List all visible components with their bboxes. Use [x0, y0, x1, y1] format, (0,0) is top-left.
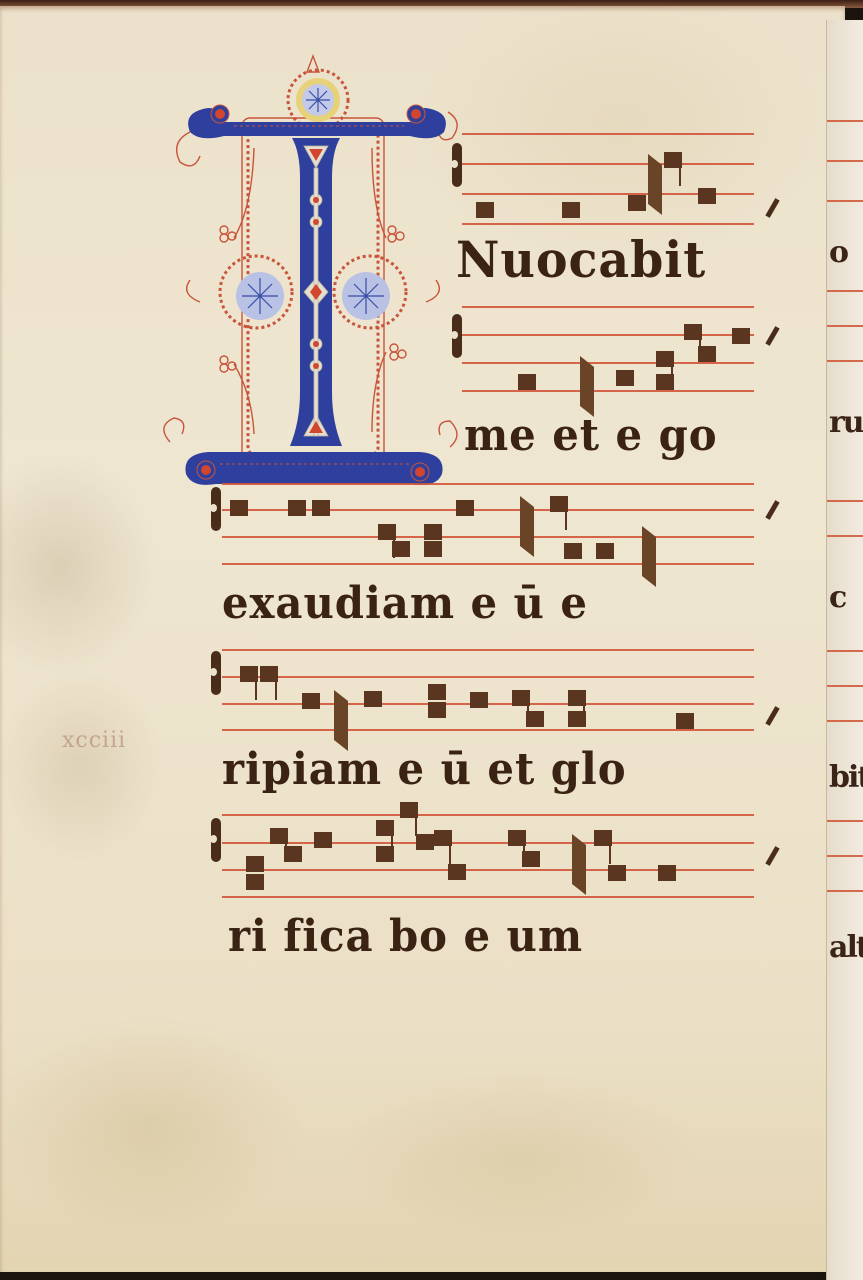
adjacent-page-text: bit [829, 760, 863, 795]
c-clef-icon [211, 651, 221, 695]
neume [392, 541, 410, 557]
ligature-neume [334, 690, 348, 751]
neume [376, 820, 394, 836]
neume [364, 691, 382, 707]
custos-icon [765, 846, 779, 866]
neume [416, 834, 434, 850]
neume [378, 524, 396, 540]
neume [656, 351, 674, 367]
neume [470, 692, 488, 708]
custos-icon [765, 500, 779, 520]
adjacent-page-text: c [829, 580, 845, 615]
ligature-neume [642, 526, 656, 587]
neume [550, 496, 568, 512]
custos-icon [765, 326, 779, 346]
ligature-neume [572, 834, 586, 895]
neume [698, 346, 716, 362]
manuscript-page: Nuocabit me et e go [0, 6, 845, 1272]
neume [260, 666, 278, 682]
neume [568, 690, 586, 706]
neume [246, 874, 264, 890]
adjacent-page-text: o [829, 235, 847, 270]
illuminated-initial-i-icon [160, 52, 466, 490]
neume [594, 830, 612, 846]
neume [270, 828, 288, 844]
lyric-line-1: Nuocabit [456, 230, 706, 289]
neume [314, 832, 332, 848]
neume [448, 864, 466, 880]
neume [684, 324, 702, 340]
neume [428, 702, 446, 718]
neume [424, 541, 442, 557]
neume [400, 802, 418, 818]
neume [522, 851, 540, 867]
c-clef-icon [452, 314, 462, 358]
neume [302, 693, 320, 709]
c-clef-icon [211, 818, 221, 862]
lyric-line-5: ri fica bo e um [228, 911, 583, 962]
neume [424, 524, 442, 540]
neume [698, 188, 716, 204]
neume [608, 865, 626, 881]
neume [230, 500, 248, 516]
neume [562, 202, 580, 218]
custos-icon [765, 198, 779, 218]
neume [518, 374, 536, 390]
neume [596, 543, 614, 559]
custos-icon [765, 706, 779, 726]
neume [526, 711, 544, 727]
neume [312, 500, 330, 516]
neume [456, 500, 474, 516]
neume [240, 666, 258, 682]
neume [434, 830, 452, 846]
neume [658, 865, 676, 881]
c-clef-icon [452, 143, 462, 187]
c-clef-icon [211, 487, 221, 531]
adjacent-page-text: alta [829, 930, 863, 965]
neume [676, 713, 694, 729]
neume [512, 690, 530, 706]
neume [288, 500, 306, 516]
neume [284, 846, 302, 862]
neume [628, 195, 646, 211]
neume [656, 374, 674, 390]
neume [568, 711, 586, 727]
neume [508, 830, 526, 846]
folio-number: xcciii [62, 728, 126, 753]
lyric-line-2: me et e go [464, 410, 718, 461]
neume [564, 543, 582, 559]
ligature-neume [648, 154, 662, 215]
neume [664, 152, 682, 168]
lyric-line-4: ripiam e ū et glo [222, 744, 627, 795]
neume [732, 328, 750, 344]
neume [246, 856, 264, 872]
adjacent-page-text: ru [829, 405, 863, 440]
neume [476, 202, 494, 218]
neume [616, 370, 634, 386]
neume [376, 846, 394, 862]
neume [428, 684, 446, 700]
adjacent-page-edge: o ru c bit alta [826, 20, 863, 1280]
lyric-line-3: exaudiam e ū e [222, 578, 588, 629]
ligature-neume [580, 356, 594, 417]
ligature-neume [520, 496, 534, 557]
